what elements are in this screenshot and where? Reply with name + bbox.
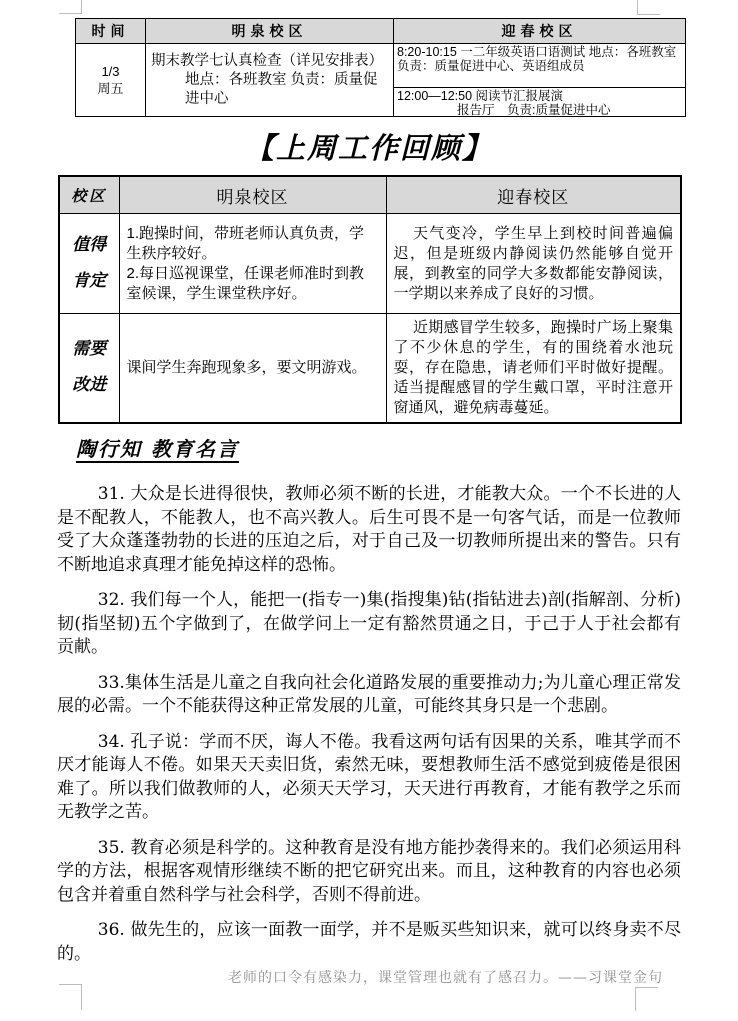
schedule-date-cell: 1/3 周五	[76, 44, 146, 117]
text-boundary-mark-top-left-h	[59, 13, 82, 14]
review-col-campus: 校区	[59, 176, 119, 214]
text-boundary-mark-top-left-v	[81, 0, 82, 13]
schedule-row: 1/3 周五 期末教学七认真检查（详见安排表） 地点：各班教室 负责：质量促进中…	[76, 44, 686, 117]
praise-label: 值得 肯定	[59, 214, 119, 314]
yingchun-activity-2-time: 12:00—12:50 阅读节汇报展演	[397, 89, 682, 103]
schedule-yingchun-cell: 8:20-10:15 一二年级英语口语测试 地点：各班教室 负责：质量促进中心、…	[394, 44, 686, 117]
praise-yingchun: 天气变冷，学生早上到校时间普遍偏迟，但是班级内静阅读仍然能够自觉开展，到教室的同…	[386, 214, 681, 314]
yingchun-activity-2-detail: 报告厅 负责:质量促进中心	[397, 103, 682, 116]
text-boundary-mark-top-right-h	[637, 14, 660, 15]
text-boundary-mark-bottom-right-h	[635, 987, 658, 988]
text-boundary-mark-top-right-v	[637, 0, 638, 14]
yingchun-activity-2: 12:00—12:50 阅读节汇报展演 报告厅 负责:质量促进中心	[394, 88, 685, 116]
section-heading: 【上周工作回顾】	[0, 126, 738, 167]
schedule-weekday: 周五	[76, 80, 145, 97]
quotes-section: 31. 大众是长进得很快，教师必须不断的长进，才能教大众。一个不长进的人是不配教…	[57, 483, 681, 978]
review-row-improve: 需要 改进 课间学生奔跑现象多，要文明游戏。 近期感冒学生较多，跑操时广场上聚集…	[59, 314, 681, 424]
praise-mingquan: 1.跑操时间，带班老师认真负责，学生秩序较好。 2.每日巡视课堂，任课老师准时到…	[119, 214, 386, 314]
schedule-col-mingquan: 明泉校区	[146, 19, 394, 44]
quote-paragraph: 33.集体生活是儿童之自我向社会化道路发展的重要推动力;为儿童心理正常发展的必需…	[57, 672, 681, 719]
mingquan-activity-detail: 地点：各班教室 负责：质量促进中心	[151, 71, 389, 109]
quote-paragraph: 36. 做先生的，应该一面教一面学，并不是贩买些知识来，就可以终身卖不尽的。	[57, 919, 681, 966]
mingquan-activity: 期末教学七认真检查（详见安排表）	[151, 52, 389, 71]
quotes-section-title: 陶行知 教育名言	[76, 433, 239, 462]
quote-paragraph: 34. 孔子说：学而不厌，诲人不倦。我看这两句话有因果的关系，唯其学而不厌才能诲…	[57, 731, 681, 825]
schedule-mingquan-cell: 期末教学七认真检查（详见安排表） 地点：各班教室 负责：质量促进中心	[146, 44, 394, 117]
text-boundary-mark-bottom-right-v	[635, 987, 636, 1011]
review-table: 校区 明泉校区 迎春校区 值得 肯定 1.跑操时间，带班老师认真负责，学生秩序较…	[58, 175, 682, 424]
review-col-mingquan: 明泉校区	[119, 176, 386, 214]
review-col-yingchun: 迎春校区	[386, 176, 681, 214]
schedule-table: 时间 明泉校区 迎春校区 1/3 周五 期末教学七认真检查（详见安排表） 地点：…	[75, 18, 686, 117]
text-boundary-mark-bottom-left-v	[81, 984, 82, 1010]
improve-mingquan: 课间学生奔跑现象多，要文明游戏。	[119, 314, 386, 424]
review-header-row: 校区 明泉校区 迎春校区	[59, 176, 681, 214]
quote-paragraph: 32. 我们每一个人，能把一(指专一)集(指搜集)钻(指钻进去)剖(指解剖、分析…	[57, 589, 681, 660]
improve-yingchun: 近期感冒学生较多，跑操时广场上聚集了不少休息的学生，有的围绕着水池玩耍，存在隐患…	[386, 314, 681, 424]
quote-paragraph: 31. 大众是长进得很快，教师必须不断的长进，才能教大众。一个不长进的人是不配教…	[57, 483, 681, 577]
review-row-praise: 值得 肯定 1.跑操时间，带班老师认真负责，学生秩序较好。 2.每日巡视课堂，任…	[59, 214, 681, 314]
schedule-col-yingchun: 迎春校区	[394, 19, 686, 44]
schedule-date: 1/3	[76, 63, 145, 80]
document-page: 时间 明泉校区 迎春校区 1/3 周五 期末教学七认真检查（详见安排表） 地点：…	[0, 0, 738, 1021]
improve-label: 需要 改进	[59, 314, 119, 424]
yingchun-activity-1: 8:20-10:15 一二年级英语口语测试 地点：各班教室 负责：质量促进中心、…	[394, 44, 685, 88]
footer-watermark: 老师的口令有感染力，课堂管理也就有了感召力。——习课堂金句	[228, 967, 663, 987]
text-boundary-mark-bottom-left-h	[59, 984, 82, 985]
schedule-header-row: 时间 明泉校区 迎春校区	[76, 19, 686, 44]
quote-paragraph: 35. 教育必须是科学的。这种教育是没有地方能抄袭得来的。我们必须运用科学的方法…	[57, 837, 681, 908]
schedule-col-time: 时间	[76, 19, 146, 44]
